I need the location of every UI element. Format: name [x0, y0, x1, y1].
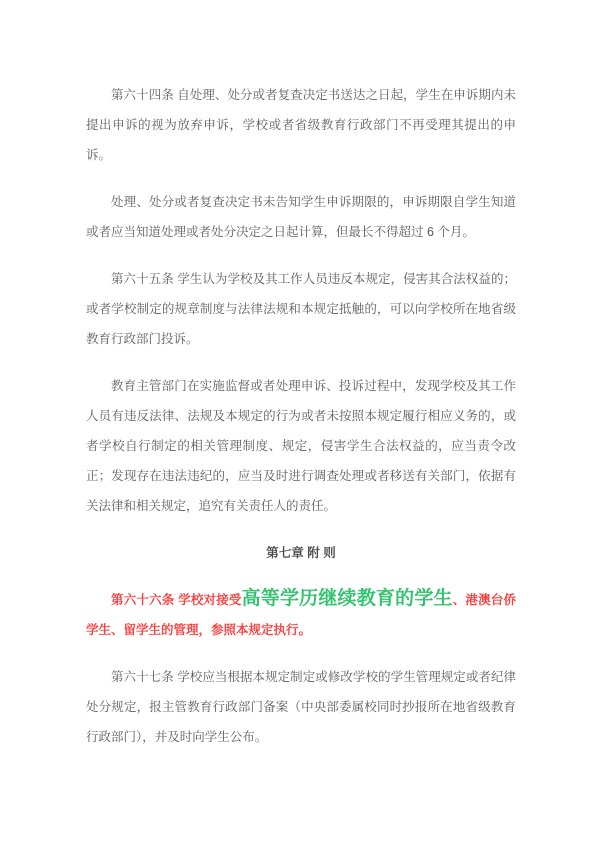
- article-66-green-highlight: 高等学历继续教育的学生: [242, 588, 453, 609]
- paragraph-article-65: 第六十五条 学生认为学校及其工作人员违反本规定，侵害其合法权益的；或者学校制定的…: [86, 264, 516, 354]
- chapter-heading: 第七章 附 则: [86, 538, 516, 568]
- document-page: 第六十四条 自处理、处分或者复查决定书送达之日起，学生在申诉期内未提出申诉的视为…: [0, 0, 595, 841]
- article-66-red-lead: 第六十六条 学校对接受: [111, 593, 242, 607]
- paragraph-supervision-duty: 教育主管部门在实施监督或者处理申诉、投诉过程中，发现学校及其工作人员有违反法律、…: [86, 371, 516, 521]
- paragraph-appeal-deadline: 处理、处分或者复查决定书未告知学生申诉期限的，申诉期限自学生知道或者应当知道处理…: [86, 187, 516, 247]
- paragraph-article-64: 第六十四条 自处理、处分或者复查决定书送达之日起，学生在申诉期内未提出申诉的视为…: [86, 80, 516, 170]
- paragraph-article-67: 第六十七条 学校应当根据本规定制定或修改学校的学生管理规定或者纪律处分规定，报主…: [86, 662, 516, 752]
- paragraph-article-66: 第六十六条 学校对接受高等学历继续教育的学生、港澳台侨学生、留学生的管理，参照本…: [86, 585, 516, 645]
